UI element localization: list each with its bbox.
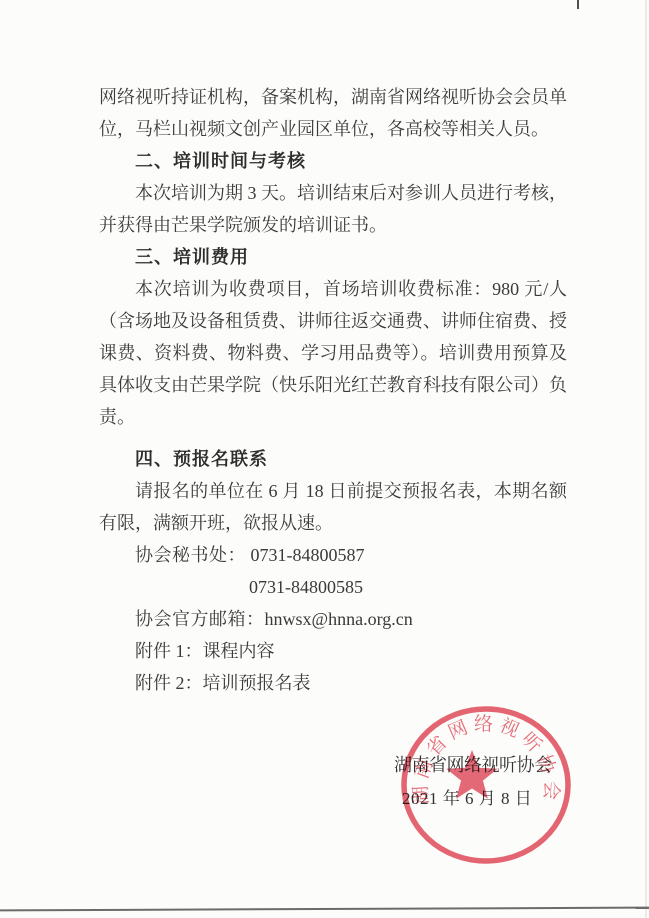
phone-number-2: 0731-84800585 bbox=[99, 571, 567, 603]
section-heading-4: 四、预报名联系 bbox=[99, 443, 567, 475]
section-heading-3: 三、培训费用 bbox=[99, 241, 567, 273]
email-label: 协会官方邮箱： bbox=[135, 609, 265, 629]
email-address: hnwsx@hnna.org.cn bbox=[265, 609, 413, 629]
attachment-2: 附件 2：培训预报名表 bbox=[99, 667, 567, 699]
scan-artifact-right-edge bbox=[645, 0, 647, 918]
paragraph-registration: 请报名的单位在 6 月 18 日前提交预报名表，本期名额有限，满额开班，欲报从速… bbox=[99, 475, 567, 539]
star-icon bbox=[446, 750, 497, 799]
official-seal-stamp: 湖南省网络视听协会 bbox=[398, 703, 576, 867]
contact-secretariat: 协会秘书处： 0731-84800587 bbox=[99, 539, 567, 571]
scan-artifact-top-tick bbox=[577, 0, 579, 9]
paragraph-fees: 本次培训为收费项目，首场培训收费标准：980 元/人（含场地及设备租赁费、讲师往… bbox=[99, 273, 567, 433]
paragraph-audience: 网络视听持证机构，备案机构，湖南省网络视听协会会员单位，马栏山视频文创产业园区单… bbox=[99, 81, 567, 145]
contact-email: 协会官方邮箱：hnwsx@hnna.org.cn bbox=[99, 603, 567, 635]
attachment-1: 附件 1：课程内容 bbox=[99, 635, 567, 667]
secretariat-label: 协会秘书处： bbox=[135, 545, 246, 565]
document-body: 网络视听持证机构，备案机构，湖南省网络视听协会会员单位，马栏山视频文创产业园区单… bbox=[99, 81, 567, 699]
paragraph-schedule: 本次培训为期 3 天。培训结束后对参训人员进行考核，并获得由芒果学院颁发的培训证… bbox=[99, 177, 567, 241]
section-heading-2: 二、培训时间与考核 bbox=[99, 145, 567, 177]
phone-number-1: 0731-84800587 bbox=[251, 545, 365, 565]
scanned-notice-page: { "page": { "background": "#fcfcfa", "in… bbox=[0, 0, 649, 918]
scan-artifact-bottom-line bbox=[0, 907, 649, 912]
